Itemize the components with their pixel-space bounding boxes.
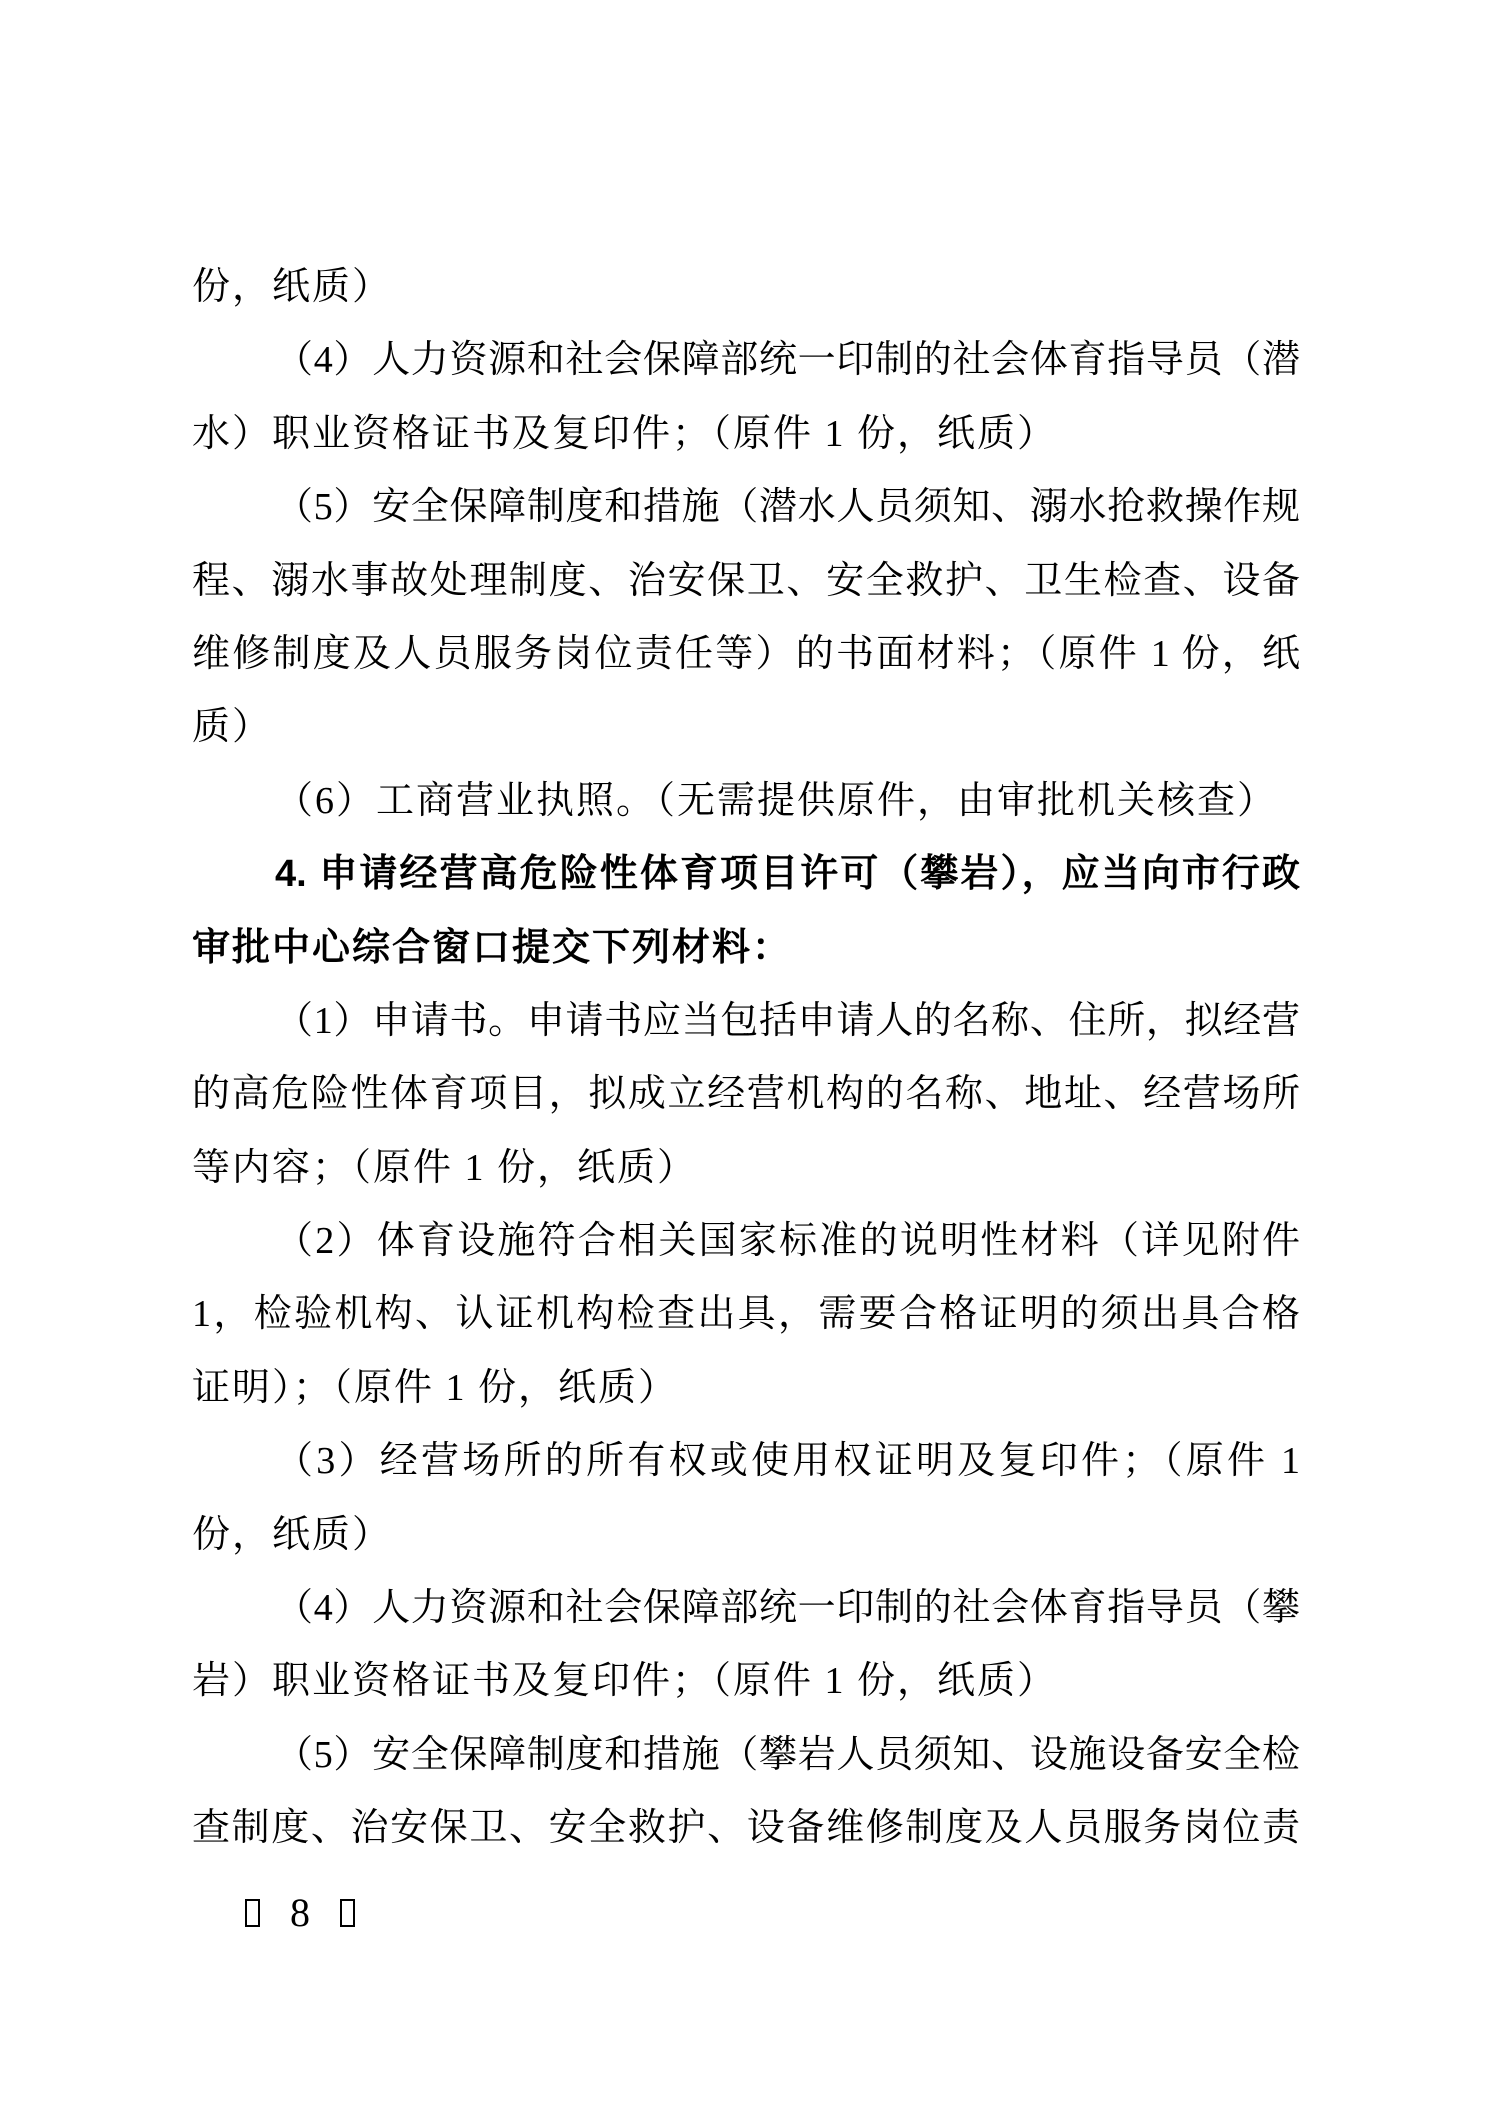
- document-body: 份，纸质）（4）人力资源和社会保障部统一印制的社会体育指导员（潜水）职业资格证书…: [192, 251, 1300, 1866]
- text-line: 查制度、治安保卫、安全救护、设备维修制度及人员服务岗位责: [192, 1792, 1300, 1865]
- text-line: （3）经营场所的所有权或使用权证明及复印件；（原件 1: [192, 1425, 1300, 1498]
- text-line: 份，纸质）: [192, 1499, 1300, 1572]
- missing-glyph-box-left: [245, 1899, 260, 1927]
- text-line: 水）职业资格证书及复印件；（原件 1 份，纸质）: [192, 398, 1300, 471]
- text-line: （5）安全保障制度和措施（潜水人员须知、溺水抢救操作规: [192, 471, 1300, 544]
- text-line: 程、溺水事故处理制度、治安保卫、安全救护、卫生检查、设备: [192, 545, 1300, 618]
- text-line: （1）申请书。申请书应当包括申请人的名称、住所，拟经营: [192, 985, 1300, 1058]
- text-line: 岩）职业资格证书及复印件；（原件 1 份，纸质）: [192, 1645, 1300, 1718]
- page-number: 8: [290, 1893, 310, 1933]
- text-line: （2）体育设施符合相关国家标准的说明性材料（详见附件: [192, 1205, 1300, 1278]
- document-page: 份，纸质）（4）人力资源和社会保障部统一印制的社会体育指导员（潜水）职业资格证书…: [0, 0, 1487, 2105]
- missing-glyph-box-right: [340, 1899, 355, 1927]
- heading-line: 审批中心综合窗口提交下列材料：: [192, 912, 1300, 985]
- text-line: 证明）；（原件 1 份，纸质）: [192, 1352, 1300, 1425]
- text-line: 1，检验机构、认证机构检查出具，需要合格证明的须出具合格: [192, 1278, 1300, 1351]
- text-line: （5）安全保障制度和措施（攀岩人员须知、设施设备安全检: [192, 1719, 1300, 1792]
- text-line: 维修制度及人员服务岗位责任等）的书面材料；（原件 1 份，纸: [192, 618, 1300, 691]
- text-line: （4）人力资源和社会保障部统一印制的社会体育指导员（攀: [192, 1572, 1300, 1645]
- text-line: 等内容；（原件 1 份，纸质）: [192, 1132, 1300, 1205]
- text-line: （4）人力资源和社会保障部统一印制的社会体育指导员（潜: [192, 324, 1300, 397]
- text-line: 份，纸质）: [192, 251, 1300, 324]
- text-line: 的高危险性体育项目，拟成立经营机构的名称、地址、经营场所: [192, 1058, 1300, 1131]
- text-line: 质）: [192, 691, 1300, 764]
- heading-line: 4. 申请经营高危险性体育项目许可（攀岩），应当向市行政: [192, 838, 1300, 911]
- text-line: （6）工商营业执照。（无需提供原件，由审批机关核查）: [192, 765, 1300, 838]
- page-footer: 8: [245, 1893, 355, 1933]
